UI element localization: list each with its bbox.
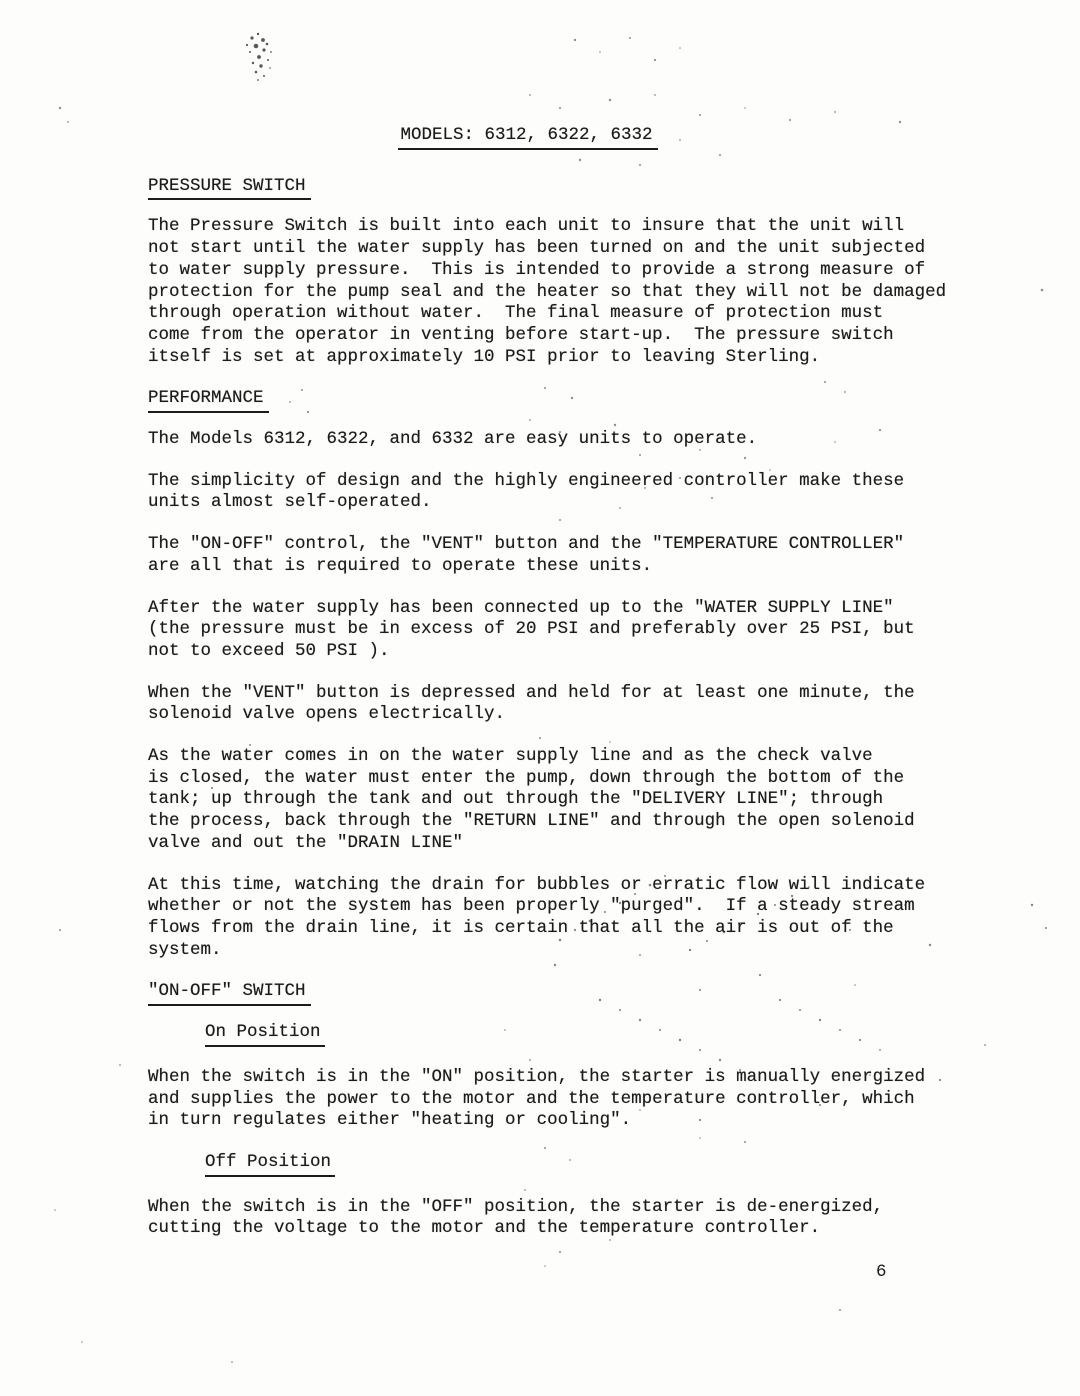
scanned-page: MODELS: 6312, 6322, 6332 PRESSURE SWITCH… — [0, 0, 1080, 1396]
paragraph: The Models 6312, 6322, and 6332 are easy… — [148, 429, 984, 451]
performance-heading: PERFORMANCE — [148, 388, 269, 413]
paragraph: The "ON-OFF" control, the "VENT" button … — [148, 534, 984, 577]
pressure-switch-heading: PRESSURE SWITCH — [148, 176, 311, 201]
paragraph: The simplicity of design and the highly … — [148, 471, 984, 514]
page-title: MODELS: 6312, 6322, 6332 — [398, 125, 657, 150]
paragraph: When the switch is in the "OFF" position… — [148, 1197, 984, 1240]
paragraph: After the water supply has been connecte… — [148, 598, 984, 663]
section-pressure-switch: PRESSURE SWITCH The Pressure Switch is b… — [148, 176, 984, 369]
section-on-off-switch: "ON-OFF" SWITCH On Position When the swi… — [148, 981, 984, 1240]
section-performance: PERFORMANCE The Models 6312, 6322, and 6… — [148, 388, 984, 961]
on-off-switch-heading: "ON-OFF" SWITCH — [148, 981, 311, 1006]
paragraph: As the water comes in on the water suppl… — [148, 746, 984, 855]
paragraph: The Pressure Switch is built into each u… — [148, 216, 984, 368]
paragraph: When the switch is in the "ON" position,… — [148, 1067, 984, 1132]
off-position-subheading: Off Position — [205, 1152, 335, 1177]
page-number: 6 — [876, 1262, 887, 1284]
on-position-subheading: On Position — [205, 1022, 325, 1047]
page-content: MODELS: 6312, 6322, 6332 PRESSURE SWITCH… — [148, 125, 984, 1260]
paragraph: At this time, watching the drain for bub… — [148, 875, 984, 962]
paragraph: When the "VENT" button is depressed and … — [148, 683, 984, 726]
